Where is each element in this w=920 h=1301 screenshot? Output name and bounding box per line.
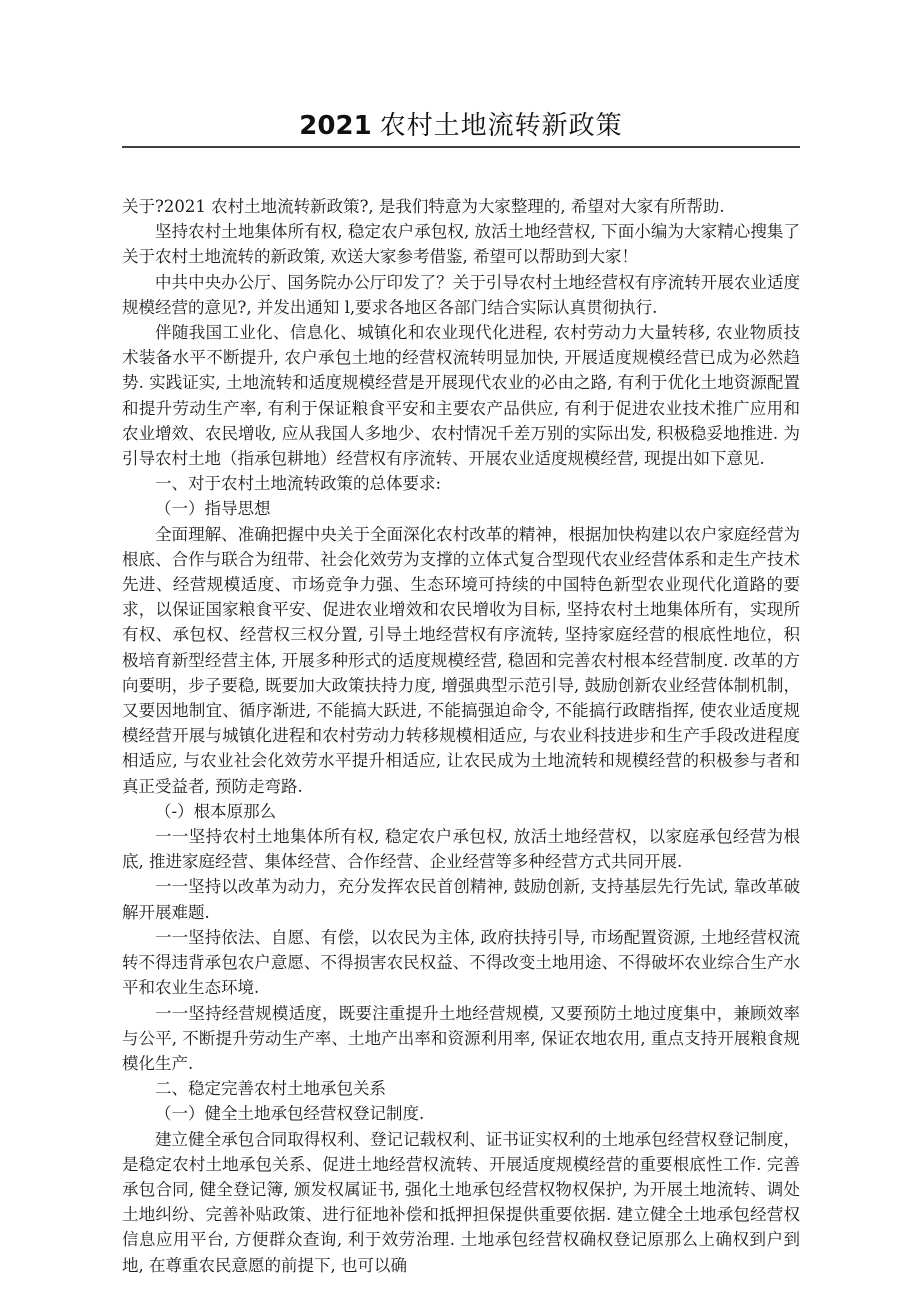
- paragraph: 坚持农村土地集体所有权, 稳定农户承包权, 放活土地经营权, 下面小编为大家精心…: [122, 219, 800, 269]
- paragraph: 中共中央办公厅、国务院办公厅印发了？关于引导农村土地经营权有序流转开展农业适度规…: [122, 270, 800, 320]
- paragraph: 伴随我国工业化、信息化、城镇化和农业现代化进程, 农村劳动力大量转移, 农业物质…: [122, 320, 800, 471]
- page-title: 2021农村土地流转新政策: [122, 110, 800, 142]
- paragraph: （一）健全土地承包经营权登记制度.: [122, 1101, 800, 1126]
- paragraph: （-）根本原那么: [122, 799, 800, 824]
- title-text: 农村土地流转新政策: [380, 111, 623, 141]
- document-body: 关于?2021 农村土地流转新政策?, 是我们特意为大家整理的, 希望对大家有所…: [122, 194, 800, 1278]
- paragraph: 二、稳定完善农村土地承包关系: [122, 1076, 800, 1101]
- title-year: 2021: [299, 111, 371, 141]
- paragraph: 全面理解、准确把握中央关于全面深化农村改革的精神，根据加快构建以农户家庭经营为根…: [122, 522, 800, 799]
- document-page: 2021农村土地流转新政策 关于?2021 农村土地流转新政策?, 是我们特意为…: [0, 0, 920, 1301]
- paragraph: 一、对于农村土地流转政策的总体要求:: [122, 471, 800, 496]
- paragraph: 一一坚持经营规模适度，既要注重提升土地经营规模, 又要预防土地过度集中，兼顾效率…: [122, 1001, 800, 1077]
- paragraph: （一）指导思想: [122, 496, 800, 521]
- paragraph: 建立健全承包合同取得权利、登记记载权利、证书证实权利的土地承包经营权登记制度，是…: [122, 1127, 800, 1278]
- paragraph: 一一坚持依法、自愿、有偿，以农民为主体, 政府扶持引导, 市场配置资源, 土地经…: [122, 925, 800, 1001]
- paragraph: 一一坚持农村土地集体所有权, 稳定农户承包权, 放活土地经营权，以家庭承包经营为…: [122, 824, 800, 874]
- title-block: 2021农村土地流转新政策: [122, 110, 800, 148]
- paragraph: 一一坚持以改革为动力，充分发挥农民首创精神, 鼓励创新, 支持基层先行先试, 靠…: [122, 874, 800, 924]
- paragraph: 关于?2021 农村土地流转新政策?, 是我们特意为大家整理的, 希望对大家有所…: [122, 194, 800, 219]
